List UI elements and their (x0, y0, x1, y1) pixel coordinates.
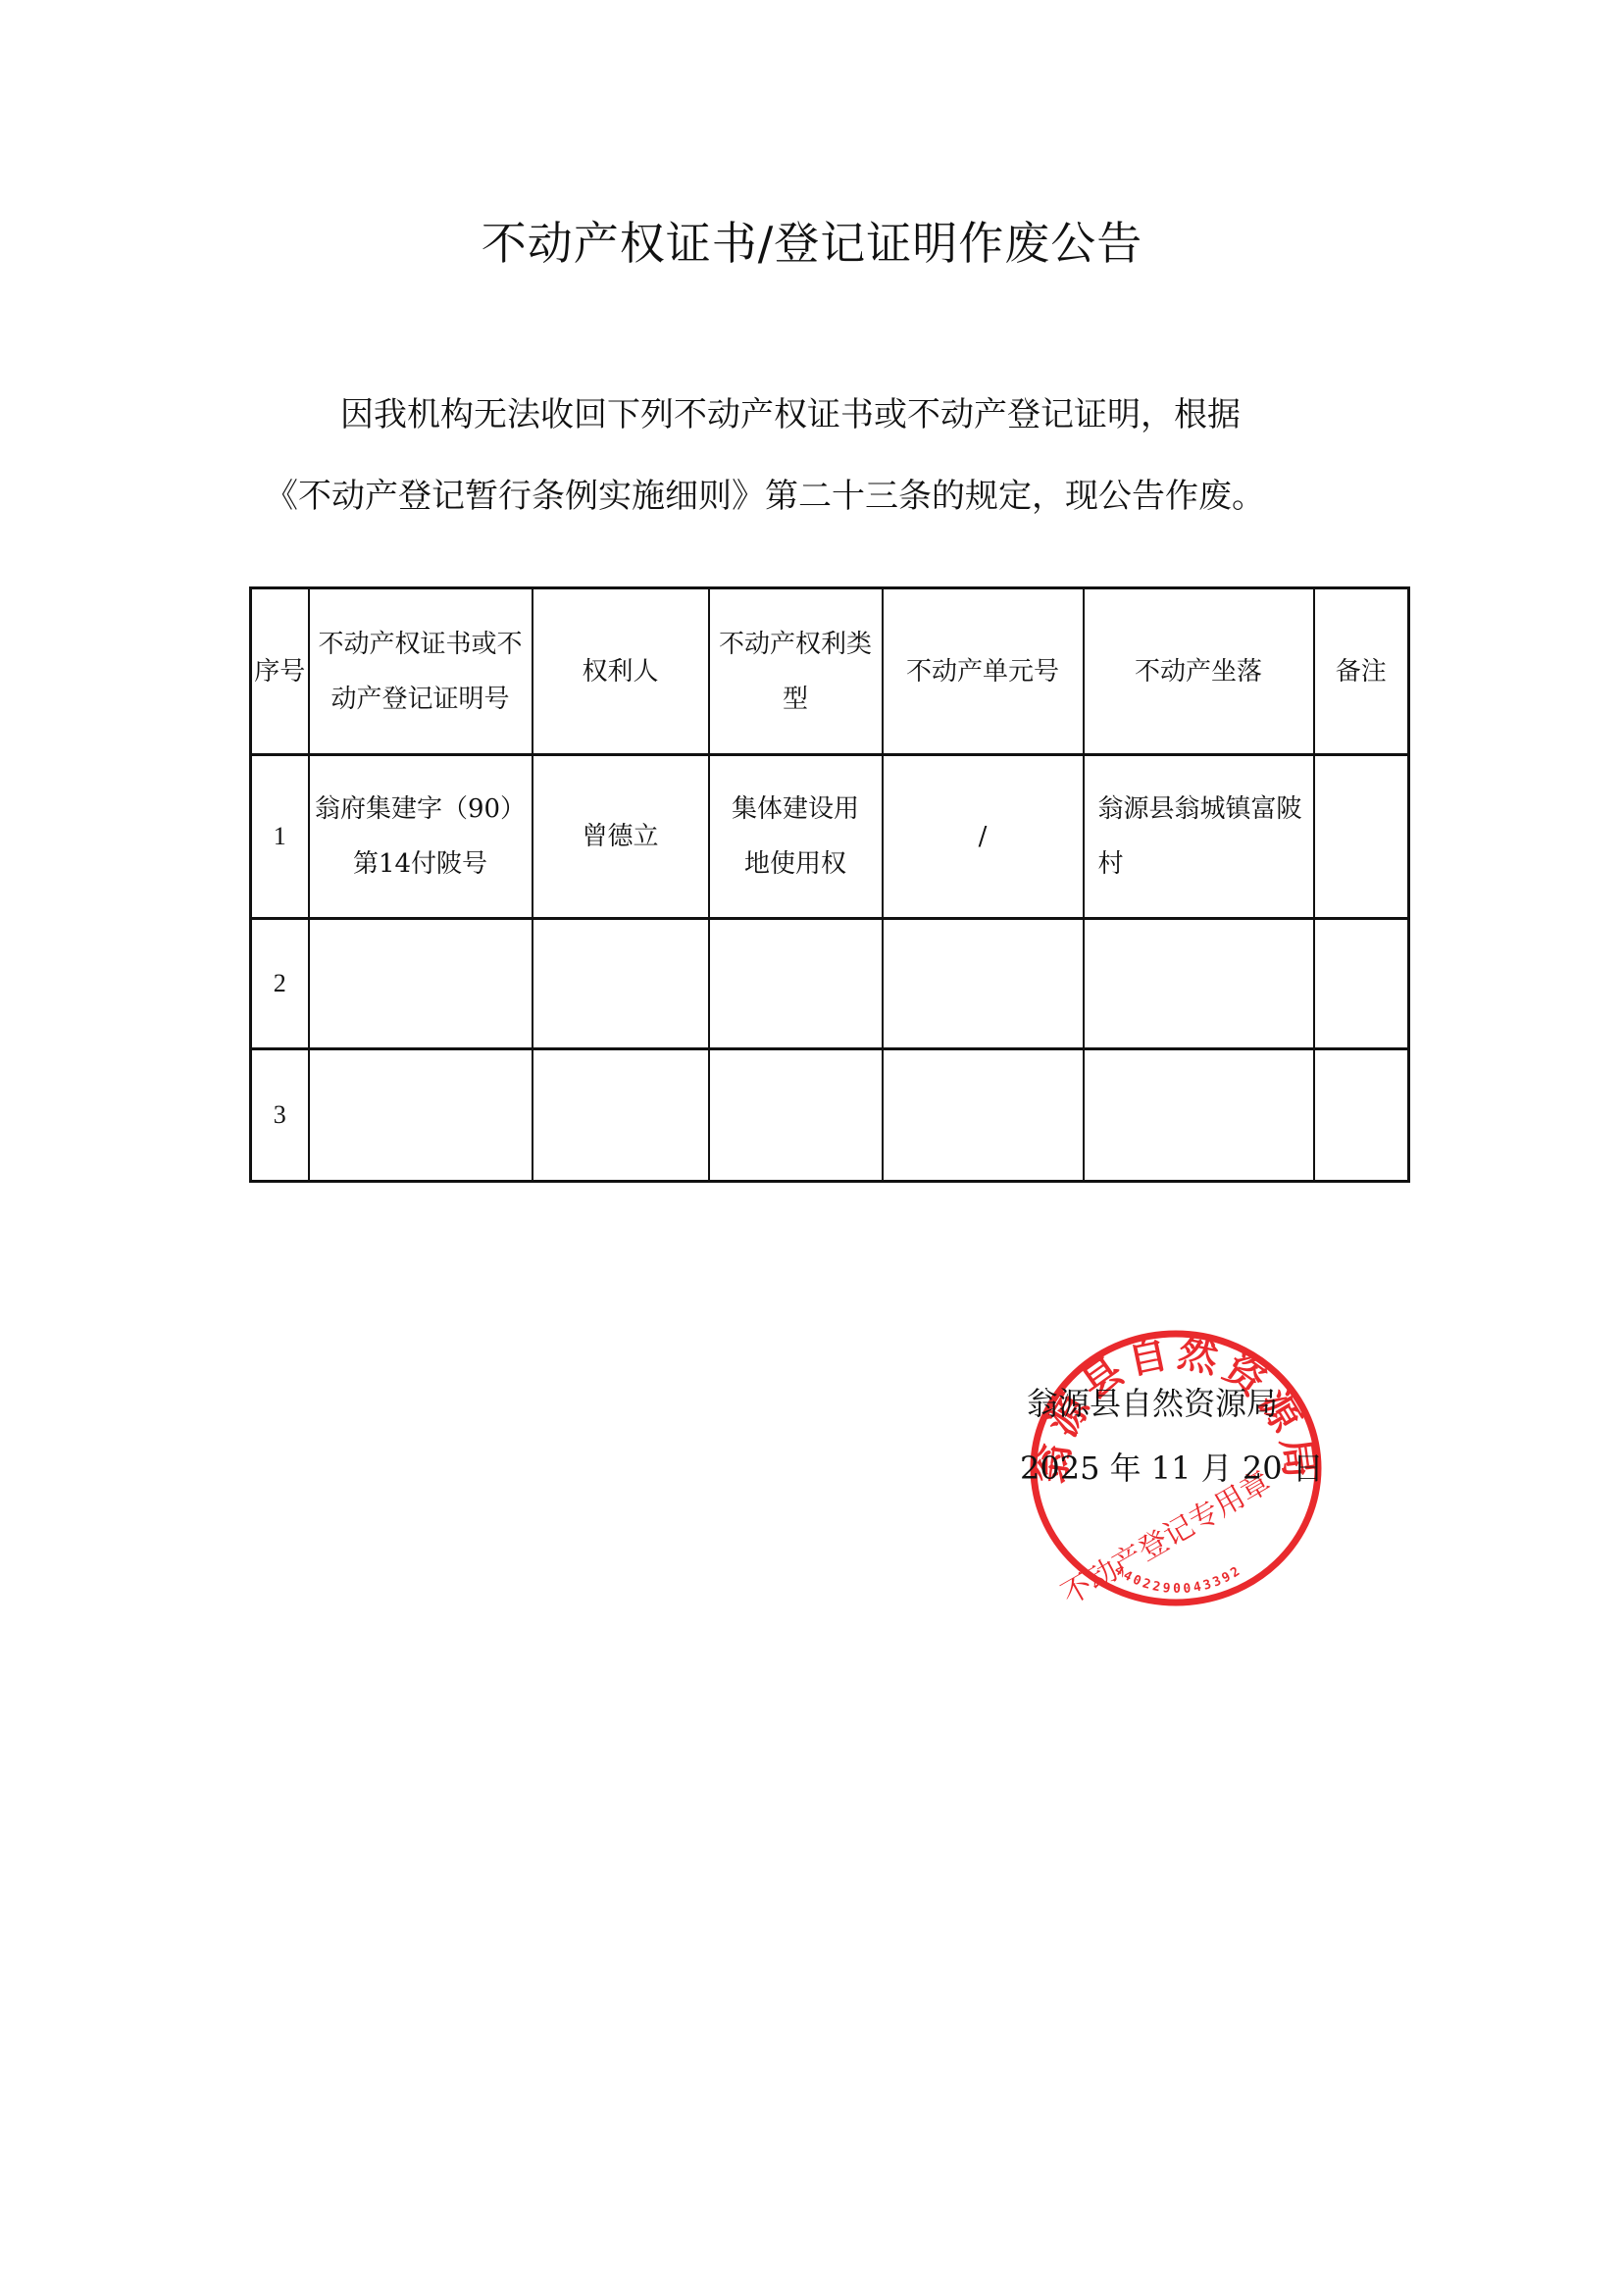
cell-cert-no (309, 1049, 533, 1182)
cell-location (1084, 919, 1314, 1049)
cell-location (1084, 1049, 1314, 1182)
table-row: 2 (251, 919, 1409, 1049)
header-remark: 备注 (1314, 588, 1409, 755)
cell-holder: 曾德立 (533, 755, 709, 919)
cell-holder (533, 1049, 709, 1182)
table-header-row: 序号 不动产权证书或不动产登记证明号 权利人 不动产权利类型 不动产单元号 不动… (251, 588, 1409, 755)
cell-remark (1314, 1049, 1409, 1182)
cell-unit-no (883, 1049, 1084, 1182)
header-right-type: 不动产权利类型 (709, 588, 883, 755)
header-unit-no: 不动产单元号 (883, 588, 1084, 755)
cell-location: 翁源县翁城镇富陂村 (1084, 755, 1314, 919)
header-seq: 序号 (251, 588, 309, 755)
cell-remark (1314, 755, 1409, 919)
cell-right-type (709, 1049, 883, 1182)
cell-cert-no: 翁府集建字（90）第14付陂号 (309, 755, 533, 919)
cell-unit-no: / (883, 755, 1084, 919)
cell-unit-no (883, 919, 1084, 1049)
cell-seq: 1 (251, 755, 309, 919)
table-row: 1 翁府集建字（90）第14付陂号 曾德立 集体建设用地使用权 / 翁源县翁城镇… (251, 755, 1409, 919)
cell-holder (533, 919, 709, 1049)
cell-right-type: 集体建设用地使用权 (709, 755, 883, 919)
cell-seq: 2 (251, 919, 309, 1049)
header-location: 不动产坐落 (1084, 588, 1314, 755)
page-title: 不动产权证书/登记证明作废公告 (0, 208, 1624, 273)
header-cert-no: 不动产权证书或不动产登记证明号 (309, 588, 533, 755)
table-row: 3 (251, 1049, 1409, 1182)
issuing-organization: 翁源县自然资源局 (1027, 1379, 1278, 1424)
body-paragraph-line-1: 因我机构无法收回下列不动产权证书或不动产登记证明，根据 (340, 387, 1488, 435)
cell-cert-no (309, 919, 533, 1049)
header-holder: 权利人 (533, 588, 709, 755)
void-certificate-table: 序号 不动产权证书或不动产登记证明号 权利人 不动产权利类型 不动产单元号 不动… (249, 586, 1410, 1183)
body-paragraph-line-2: 《不动产登记暂行条例实施细则》第二十三条的规定，现公告作废。 (265, 469, 1412, 517)
cell-right-type (709, 919, 883, 1049)
issue-date: 2025 年 11 月 20 日 (1020, 1444, 1324, 1489)
cell-seq: 3 (251, 1049, 309, 1182)
cell-remark (1314, 919, 1409, 1049)
